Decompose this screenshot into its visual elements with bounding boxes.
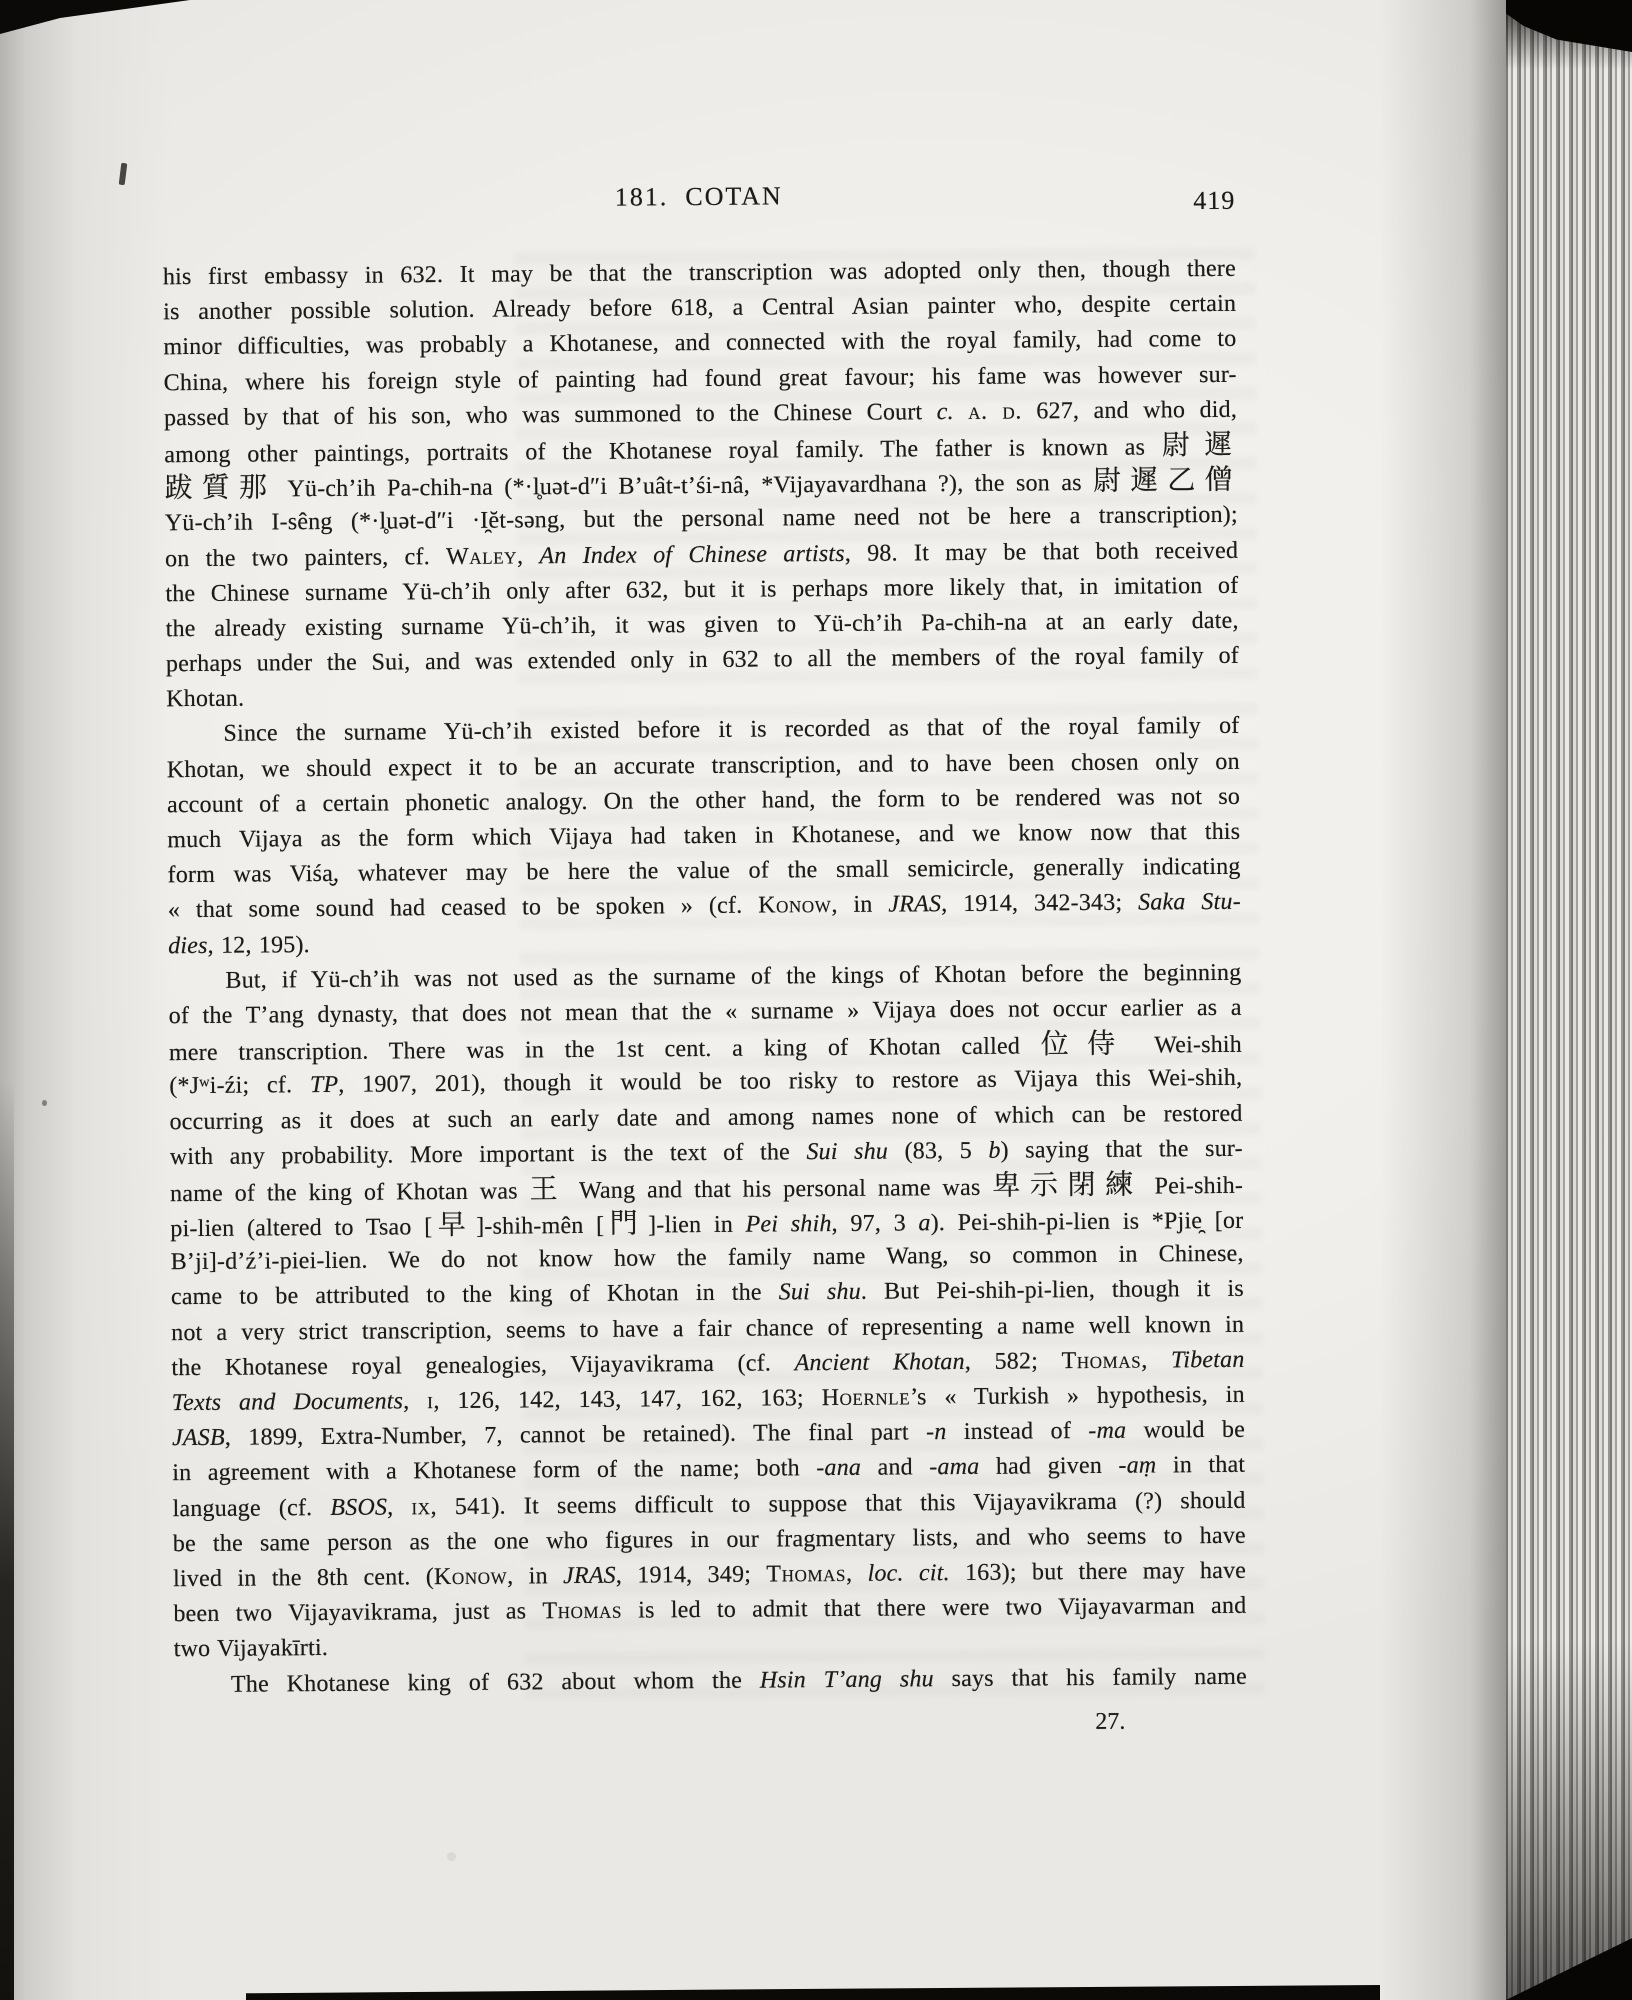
body-text: his first embassy in 632. It may be that… (163, 252, 1247, 1703)
scanned-book-page: { "page": { "header": { "title": "181. C… (0, 0, 1632, 2000)
running-head: 181. COTAN 419 (162, 156, 1236, 244)
gutter-shadow (0, 1080, 14, 2000)
page-content: 181. COTAN 419 his first embassy in 632.… (162, 156, 1248, 1864)
book-page-paper: 181. COTAN 419 his first embassy in 632.… (0, 0, 1506, 2000)
signature-mark: 27. (1095, 1709, 1125, 1736)
scan-corner-shadow (0, 0, 210, 42)
page-edge-shading (1506, 0, 1632, 2000)
book-page-edges (1506, 0, 1632, 2000)
text-line: The Khotanese king of 632 about whom the… (174, 1659, 1247, 1703)
scan-bottom-shadow (246, 1984, 1380, 2000)
ink-speck (119, 163, 128, 186)
ink-speck (42, 1100, 47, 1106)
chapter-title: 181. COTAN (162, 178, 1235, 216)
page-number: 419 (1193, 186, 1235, 216)
